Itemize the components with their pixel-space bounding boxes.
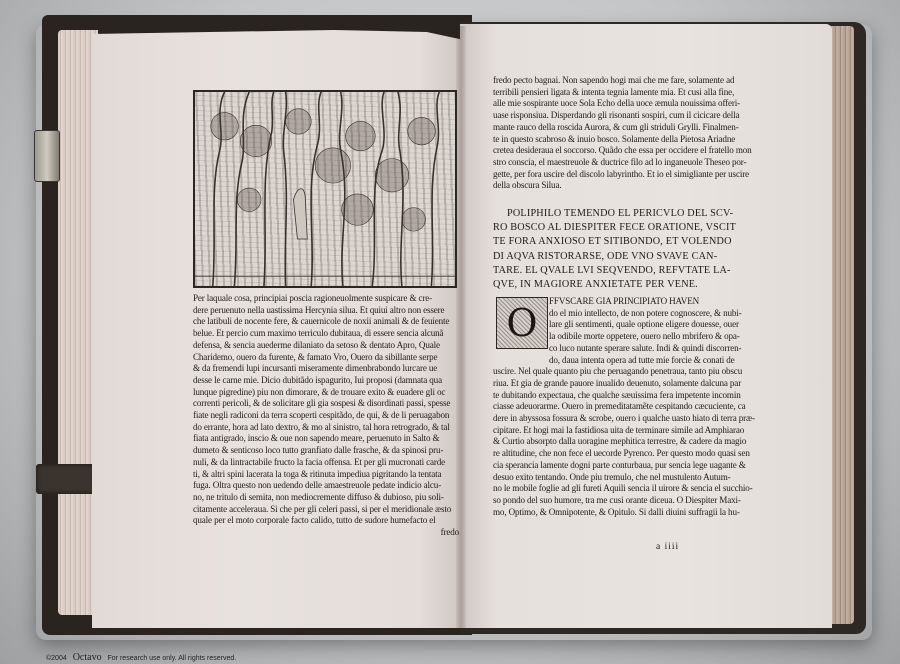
text-line: gette, per fora uscire del discolo labyr… [493, 169, 765, 181]
text-line: Per laquale cosa, principiai poscia ragi… [193, 293, 459, 305]
text-line: cipitare. Et hogi mai la fastidiosa uita… [493, 425, 765, 437]
text-line: & da fremendi lupi incursanti miserament… [193, 363, 459, 375]
text-line: mante rauco della roscida Aurora, & cum … [493, 122, 765, 134]
text-line: do el mio intellecto, de non potere cogn… [493, 308, 765, 320]
text-line: mo, Optimo, & Omnipotente, & Opitulo. Si… [493, 507, 765, 519]
text-line: dumeto & senticoso loco tutto granfiato … [193, 445, 459, 457]
metal-clasp-icon [34, 130, 60, 182]
text-line: Charidemo, ouero da furente, & famato Vr… [193, 352, 459, 364]
text-line: fiate negli radiconi da terra scoperti c… [193, 410, 459, 422]
text-line: defensa, & sencia auederme dilaniato da … [193, 340, 459, 352]
right-page-top-text: fredo pecto bagnai. Non sapendo hogi mai… [493, 75, 765, 192]
text-line: no le mobile foglie ad gli fureti Aquili… [493, 483, 765, 495]
text-line: so pondo del suo humore, tra me cusi ora… [493, 495, 765, 507]
text-line: no, ne tritulo di semita, non mediocreme… [193, 492, 459, 504]
text-line: dere peruenuto nella uastissima Hercynia… [193, 305, 459, 317]
heading-line: POLIPHILO TEMENDO EL PERICVLO DEL SCV- [493, 207, 765, 221]
text-line: lare gli sentimenti, quale optione elige… [493, 319, 765, 331]
text-line: alle mie sospirante uoce Sola Echo della… [493, 98, 765, 110]
heading-line: RO BOSCO AL DIESPITER FECE ORATIONE, VSC… [493, 221, 765, 235]
text-line: dere in abyssosa fossura & scrobe, ouero… [493, 413, 765, 425]
catchword: fredo [193, 527, 459, 539]
text-line: lunque pigredine) piu non dimorare, & de… [193, 387, 459, 399]
text-line: te dubitando expectaua, che qualche sæui… [493, 390, 765, 402]
text-line: fredo pecto bagnai. Non sapendo hogi mai… [493, 75, 765, 87]
text-line: te in questo scabroso & inuio bosco. Sol… [493, 134, 765, 146]
book-viewer: Per laquale cosa, principiai poscia ragi… [0, 0, 900, 664]
text-line: re altitudine, che non fece el uecorde P… [493, 448, 765, 460]
text-line: riua. Et gia de grande pauore inualido d… [493, 378, 765, 390]
text-line: do errante, hora ad lato dextro, & mo al… [193, 422, 459, 434]
rights-notice: For research use only. All rights reserv… [108, 655, 237, 662]
brand-logo: Octavo [73, 652, 102, 663]
text-line: FFVSCARE GIA PRINCIPIATO HAVEN [493, 296, 765, 308]
leather-clasp-icon [36, 464, 98, 494]
chapter-heading: POLIPHILO TEMENDO EL PERICVLO DEL SCV- R… [493, 207, 765, 292]
text-line: & Curtio absorpto dalla uoragine mephiti… [493, 436, 765, 448]
text-line: ciasse adeuorarme. Ouero in premeditatam… [493, 401, 765, 413]
text-line: co luco nutante sperare salute. Indi & q… [493, 343, 765, 355]
text-line: stro conscia, el maestreuole & ductrice … [493, 157, 765, 169]
left-page-text: Per laquale cosa, principiai poscia ragi… [193, 293, 459, 539]
text-line: nuli, & da lintractabile fructo la facia… [193, 457, 459, 469]
signature-mark: a iiii [656, 542, 679, 552]
text-line: belue. Et percio cum maximo terriculo du… [193, 328, 459, 340]
text-line: do, daua intenta opera ad tutte mie forc… [493, 355, 765, 367]
figure-poliphilo [293, 189, 307, 239]
text-line: fiata antigrado, inscio & oue non sapend… [193, 433, 459, 445]
text-line: citamente acceleraua. Si che per gli cel… [193, 504, 459, 516]
text-line: della obscura Silua. [493, 180, 765, 192]
heading-line: TARE. EL QVALE LVI SEQVENDO, REFVTATE LA… [493, 264, 765, 278]
text-line: uscire. Nel quale quanto piu che peruaga… [493, 366, 765, 378]
text-line: che latibuli de nocente fere, & cauernic… [193, 316, 459, 328]
text-line: cia sperancia lamente dogni parte contur… [493, 460, 765, 472]
text-line: quale per el moto corporale facto calido… [193, 515, 459, 527]
woodcut-forest-illustration [193, 90, 457, 288]
text-line: fuga. Oltra questo non uedendo delle ama… [193, 480, 459, 492]
text-line: ti, & altri spini lacerata la toga & rit… [193, 469, 459, 481]
text-line: correnti pericoli, & de solicitare gli g… [193, 398, 459, 410]
copyright-footer: ©2004 Octavo For research use only. All … [46, 652, 236, 663]
copyright-year: ©2004 [46, 655, 67, 662]
text-line: la odibile morte oppetere, ouero nello m… [493, 331, 765, 343]
text-line: desse le carne mie. Dicio dubitãdo ispag… [193, 375, 459, 387]
heading-line: DI AQVA RISTORARSE, ODE VNO SVAVE CAN- [493, 250, 765, 264]
text-line: terribili pensieri ligata & intenta tegn… [493, 87, 765, 99]
heading-line: TE FORA ANXIOSO ET SITIBONDO, ET VOLENDO [493, 235, 765, 249]
right-page-main-text: FFVSCARE GIA PRINCIPIATO HAVEN do el mio… [493, 296, 765, 518]
heading-line: QVE, IN MAGIORE ANXIETATE PER VENE. [493, 278, 765, 292]
text-line: uase risponsiua. Disperdando gli risonan… [493, 110, 765, 122]
text-line: cretea desideraua el soccorso. Quãdo che… [493, 145, 765, 157]
text-line: desuo exito tentando. Onde piu tremulo, … [493, 472, 765, 484]
forest-trees-icon [195, 92, 455, 286]
